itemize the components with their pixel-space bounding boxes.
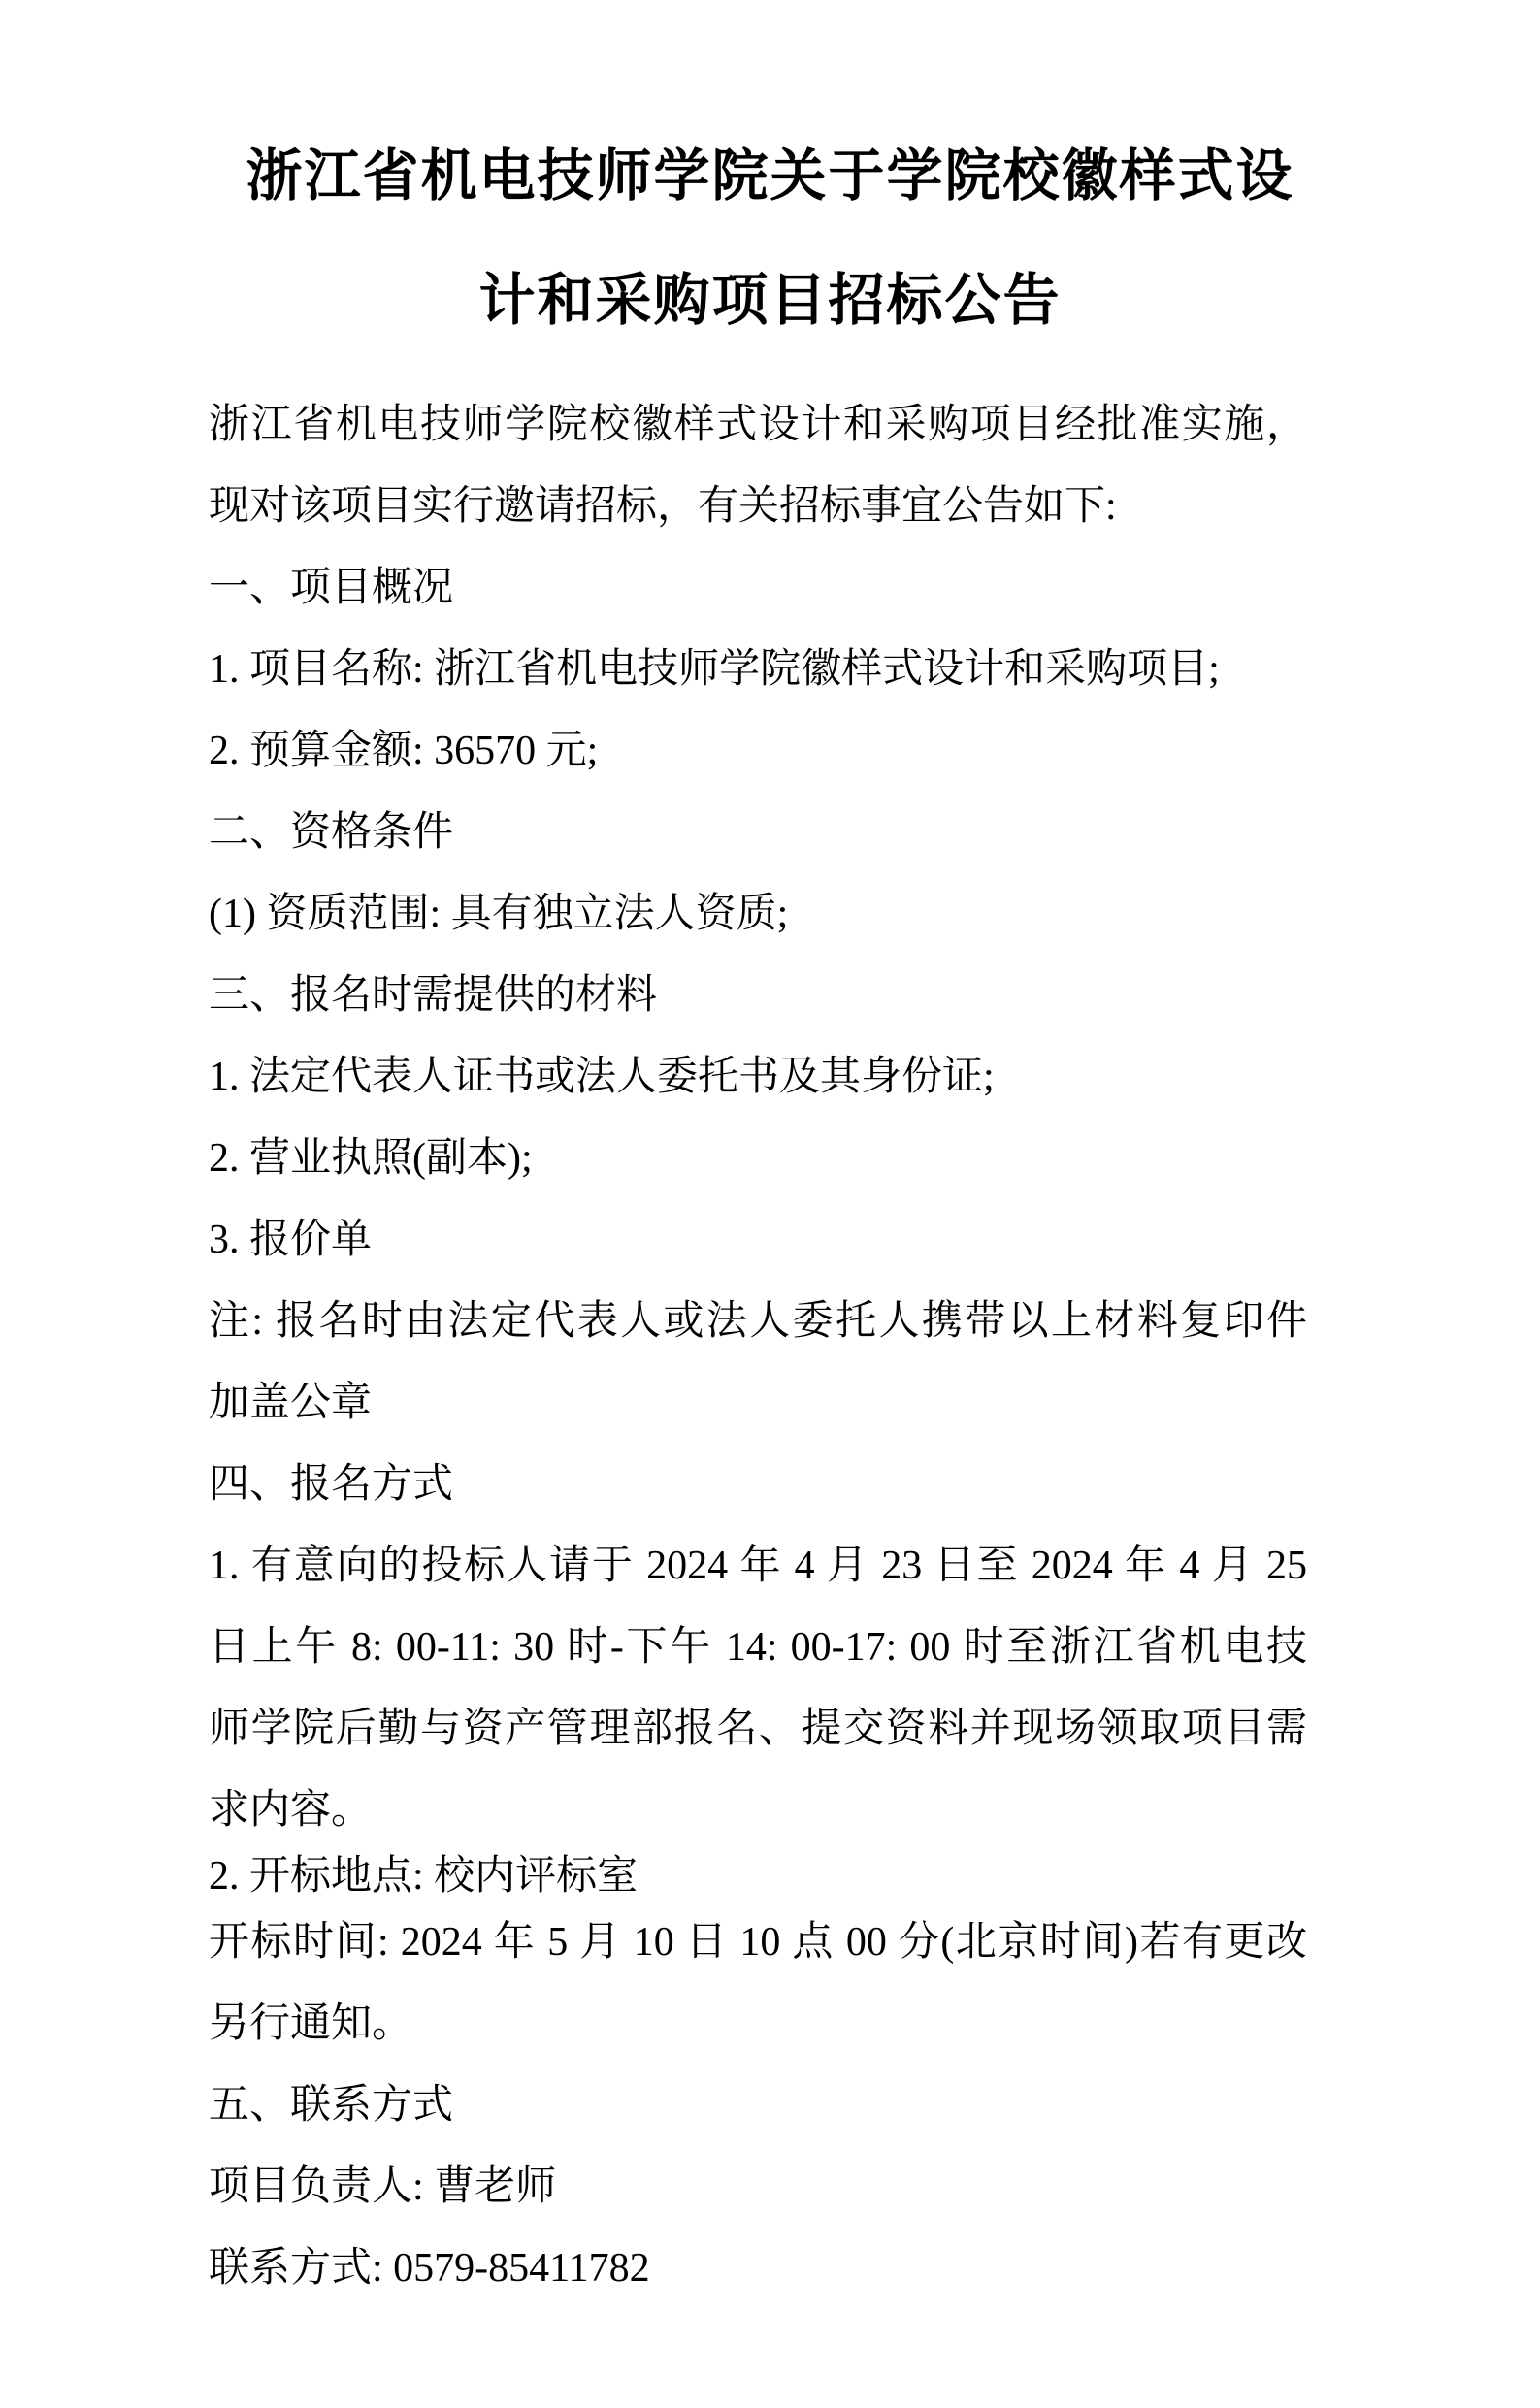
document-body: 浙江省机电技师学院校徽样式设计和采购项目经批准实施，现对该项目实行邀请招标，有关… bbox=[209, 380, 1307, 2305]
text-line: 开标时间: 2024 年 5 月 10 日 10 点 00 分(北京时间)若有更… bbox=[209, 1898, 1307, 1979]
text-line-content: 二、资格条件 bbox=[209, 799, 1307, 858]
title-line-1: 浙江省机电技师学院关于学院校徽样式设 bbox=[0, 114, 1540, 239]
text-line: (1) 资质范围: 具有独立法人资质; bbox=[209, 869, 1307, 951]
text-line: 1. 项目名称: 浙江省机电技师学院徽样式设计和采购项目; bbox=[209, 625, 1307, 706]
text-line: 师学院后勤与资产管理部报名、提交资料并现场领取项目需 bbox=[209, 1684, 1307, 1766]
text-line: 现对该项目实行邀请招标，有关招标事宜公告如下: bbox=[209, 462, 1307, 543]
text-line-content: 2. 营业执照(副本); bbox=[209, 1125, 1307, 1184]
text-line: 1. 法定代表人证书或法人委托书及其身份证; bbox=[209, 1032, 1307, 1114]
text-line-content: 2. 预算金额: 36570 元; bbox=[209, 718, 1307, 776]
document-page: 浙江省机电技师学院关于学院校徽样式设 计和采购项目招标公告 浙江省机电技师学院校… bbox=[0, 0, 1540, 2408]
text-line-content: 1. 有意向的投标人请于 2024 年 4 月 23 日至 2024 年 4 月… bbox=[209, 1533, 1307, 1591]
text-line-content: 四、报名方式 bbox=[209, 1451, 1307, 1510]
text-line: 1. 有意向的投标人请于 2024 年 4 月 23 日至 2024 年 4 月… bbox=[209, 1521, 1307, 1603]
text-line: 项目负责人: 曹老师 bbox=[209, 2142, 1307, 2224]
text-line-content: 求内容。 bbox=[209, 1777, 1307, 1836]
text-line: 浙江省机电技师学院校徽样式设计和采购项目经批准实施， bbox=[209, 380, 1307, 462]
text-line: 3. 报价单 bbox=[209, 1195, 1307, 1277]
text-line: 加盖公章 bbox=[209, 1358, 1307, 1440]
text-line: 注: 报名时由法定代表人或法人委托人携带以上材料复印件 bbox=[209, 1277, 1307, 1358]
document-title: 浙江省机电技师学院关于学院校徽样式设 计和采购项目招标公告 bbox=[0, 0, 1540, 363]
text-line-content: (1) 资质范围: 具有独立法人资质; bbox=[209, 881, 1307, 939]
text-line-content: 开标时间: 2024 年 5 月 10 日 10 点 00 分(北京时间)若有更… bbox=[209, 1909, 1307, 1968]
text-line: 2. 开标地点: 校内评标室 bbox=[209, 1847, 1307, 1898]
text-line-content: 现对该项目实行邀请招标，有关招标事宜公告如下: bbox=[209, 473, 1307, 532]
text-line-content: 日上午 8: 00-11: 30 时-下午 14: 00-17: 00 时至浙江… bbox=[209, 1614, 1307, 1673]
text-line: 二、资格条件 bbox=[209, 788, 1307, 869]
text-line: 2. 营业执照(副本); bbox=[209, 1114, 1307, 1195]
text-line: 日上午 8: 00-11: 30 时-下午 14: 00-17: 00 时至浙江… bbox=[209, 1603, 1307, 1684]
text-line-content: 三、报名时需提供的材料 bbox=[209, 962, 1307, 1021]
text-line: 四、报名方式 bbox=[209, 1440, 1307, 1521]
text-line-content: 师学院后勤与资产管理部报名、提交资料并现场领取项目需 bbox=[209, 1696, 1307, 1754]
text-line: 另行通知。 bbox=[209, 1979, 1307, 2061]
text-line: 五、联系方式 bbox=[209, 2061, 1307, 2142]
text-line: 2. 预算金额: 36570 元; bbox=[209, 706, 1307, 788]
text-line: 求内容。 bbox=[209, 1766, 1307, 1847]
text-line-content: 3. 报价单 bbox=[209, 1207, 1307, 1265]
text-line: 一、项目概况 bbox=[209, 543, 1307, 625]
text-line-content: 浙江省机电技师学院校徽样式设计和采购项目经批准实施， bbox=[209, 392, 1307, 450]
title-line-2: 计和采购项目招标公告 bbox=[0, 239, 1540, 363]
text-line: 联系方式: 0579-85411782 bbox=[209, 2224, 1307, 2305]
text-line-content: 1. 法定代表人证书或法人委托书及其身份证; bbox=[209, 1044, 1307, 1102]
text-line-content: 一、项目概况 bbox=[209, 555, 1307, 613]
text-line-content: 注: 报名时由法定代表人或法人委托人携带以上材料复印件 bbox=[209, 1288, 1307, 1347]
text-line-content: 项目负责人: 曹老师 bbox=[209, 2154, 1307, 2212]
text-line-content: 联系方式: 0579-85411782 bbox=[209, 2235, 1307, 2294]
text-line-content: 2. 开标地点: 校内评标室 bbox=[209, 1843, 1307, 1902]
text-line-content: 另行通知。 bbox=[209, 1991, 1307, 2049]
text-line-content: 五、联系方式 bbox=[209, 2072, 1307, 2131]
text-line-content: 1. 项目名称: 浙江省机电技师学院徽样式设计和采购项目; bbox=[209, 636, 1307, 695]
text-line: 三、报名时需提供的材料 bbox=[209, 951, 1307, 1032]
text-line-content: 加盖公章 bbox=[209, 1370, 1307, 1428]
